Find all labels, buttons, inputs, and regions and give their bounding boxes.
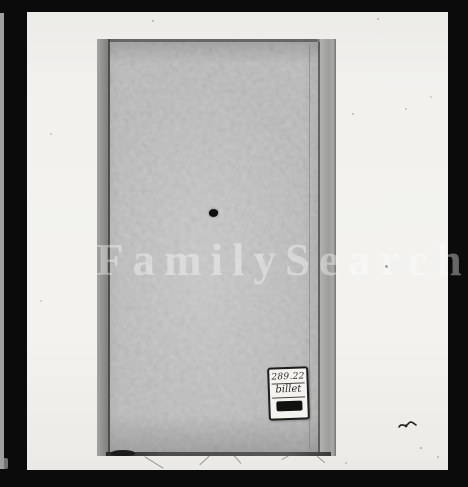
film-edge-sliver	[0, 13, 4, 469]
book-spine-left-edge	[97, 39, 110, 456]
book-bottom-shadow	[106, 452, 331, 456]
dust-speck	[405, 108, 407, 110]
record-book-cover: 289.22 billet	[97, 39, 335, 456]
film-corner-notch	[1, 458, 8, 469]
dust-speck	[420, 447, 422, 449]
dust-speck	[40, 300, 42, 302]
dust-speck	[430, 96, 432, 98]
cover-crease-faint	[309, 45, 310, 449]
dust-speck	[385, 265, 388, 268]
dust-speck	[437, 456, 439, 458]
book-bottom-ink-blob	[111, 450, 135, 456]
label-ink-blob	[276, 400, 302, 411]
book-top-edge-shadow	[109, 39, 321, 42]
dust-speck	[352, 113, 354, 115]
photo-frame: 289.22 billet FamilySearch	[0, 0, 468, 487]
dust-speck	[50, 133, 52, 135]
dust-speck	[377, 18, 379, 20]
dust-speck	[152, 20, 154, 22]
dust-speck	[345, 462, 347, 464]
label-title: billet	[272, 385, 305, 399]
spine-label: 289.22 billet	[267, 366, 310, 420]
scribble-mark	[397, 419, 419, 431]
book-right-board-edge	[320, 39, 336, 456]
